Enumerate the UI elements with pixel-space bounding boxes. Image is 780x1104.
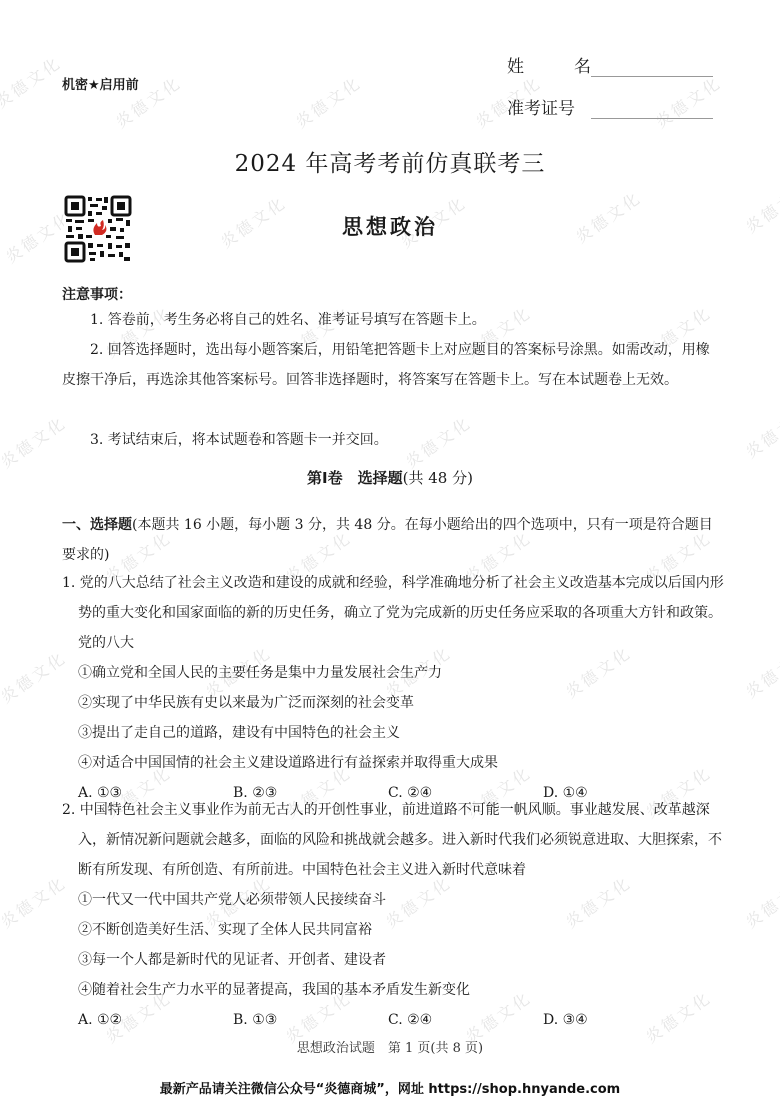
section-heading: 第Ⅰ卷 选择题(共 48 分) — [0, 467, 780, 488]
note-item-2: 2. 回答选择题时，选出每小题答案后，用铅笔把答题卡上对应题目的答案标号涂黑。如… — [62, 335, 722, 395]
subject-title: 思想政治 — [0, 211, 780, 241]
answer-choices: A. ①② B. ①③ C. ②④ D. ③④ — [62, 1005, 724, 1035]
statement-option: ①一代又一代中国共产党人必须带领人民接续奋斗 — [62, 885, 724, 915]
question-stem: 2. 中国特色社会主义事业作为前无古人的开创性事业，前进道路不可能一帆风顺。事业… — [62, 795, 724, 885]
exam-id-label: 准考证号 — [507, 94, 591, 119]
choice-c[interactable]: C. ②④ — [388, 1005, 543, 1035]
name-field: 姓 名 — [507, 52, 713, 77]
page-footer: 思想政治试题 第 1 页(共 8 页) — [0, 1037, 780, 1056]
part-instructions: (本题共 16 小题，每小题 3 分，共 48 分。在每小题给出的四个选项中，只… — [62, 517, 713, 563]
name-blank-line[interactable] — [591, 58, 713, 77]
statement-option: ④对适合中国国情的社会主义建设道路进行有益探索并取得重大成果 — [62, 748, 724, 778]
question-1: 1. 党的八大总结了社会主义改造和建设的成就和经验，科学准确地分析了社会主义改造… — [62, 568, 724, 808]
statement-option: ④随着社会生产力水平的显著提高，我国的基本矛盾发生新变化 — [62, 975, 724, 1005]
name-label-left: 姓 — [507, 52, 524, 77]
exam-page: 机密★启用前 姓 名 准考证号 2024 年高考考前仿真联考三 — [0, 0, 780, 1104]
note-item-1: 1. 答卷前，考生务必将自己的姓名、准考证号填写在答题卡上。 — [62, 305, 722, 335]
exam-id-blank-line[interactable] — [591, 100, 713, 119]
confidential-label: 机密★启用前 — [62, 74, 139, 93]
statement-option: ②不断创造美好生活、实现了全体人民共同富裕 — [62, 915, 724, 945]
notes-heading: 注意事项： — [62, 284, 132, 304]
exam-id-field: 准考证号 — [507, 94, 713, 119]
question-stem: 1. 党的八大总结了社会主义改造和建设的成就和经验，科学准确地分析了社会主义改造… — [62, 568, 724, 658]
note-item-3: 3. 考试结束后，将本试题卷和答题卡一并交回。 — [62, 425, 722, 455]
exam-title: 2024 年高考考前仿真联考三 — [0, 145, 780, 178]
promo-banner[interactable]: 最新产品请关注微信公众号“炎德商城”，网址 https://shop.hnyan… — [0, 1078, 780, 1097]
name-label-right: 名 — [574, 52, 591, 77]
choice-b[interactable]: B. ①③ — [233, 1005, 388, 1035]
statement-option: ①确立党和全国人民的主要任务是集中力量发展社会生产力 — [62, 658, 724, 688]
statement-option: ③提出了走自己的道路，建设有中国特色的社会主义 — [62, 718, 724, 748]
choice-d[interactable]: D. ③④ — [543, 1005, 698, 1035]
statement-option: ②实现了中华民族有史以来最为广泛而深刻的社会变革 — [62, 688, 724, 718]
section-heading-score: (共 48 分) — [403, 469, 473, 487]
section-heading-bold: 第Ⅰ卷 选择题 — [307, 469, 403, 487]
statement-option: ③每一个人都是新时代的见证者、开创者、建设者 — [62, 945, 724, 975]
choice-a[interactable]: A. ①② — [78, 1005, 233, 1035]
question-2: 2. 中国特色社会主义事业作为前无古人的开创性事业，前进道路不可能一帆风顺。事业… — [62, 795, 724, 1035]
name-label: 姓 名 — [507, 52, 591, 77]
part-title: 一、选择题 — [62, 517, 132, 533]
part-heading: 一、选择题(本题共 16 小题，每小题 3 分，共 48 分。在每小题给出的四个… — [62, 510, 722, 570]
